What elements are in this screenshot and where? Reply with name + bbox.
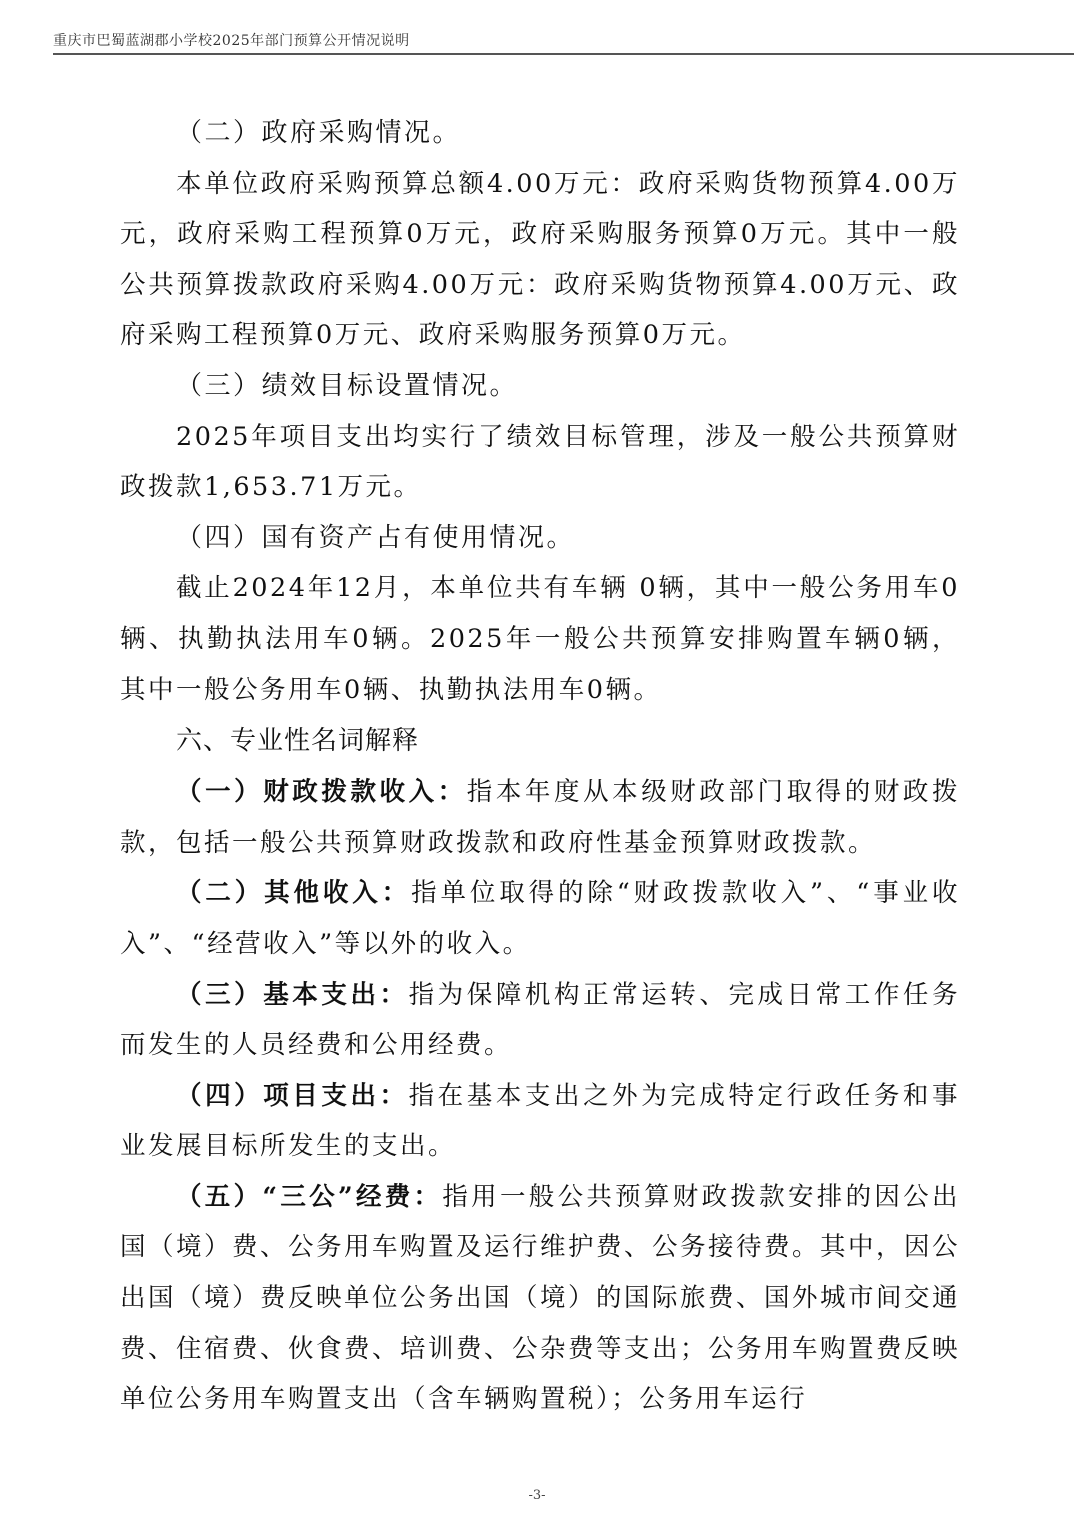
glossary-item: （三）基本支出：指为保障机构正常运转、完成日常工作任务而发生的人员经费和公用经费… [120, 970, 960, 1071]
glossary-definition: 指用一般公共预算财政拨款安排的因公出国（境）费、公务用车购置及运行维护费、公务接… [120, 1182, 960, 1414]
section-heading-assets: （四）国有资产占有使用情况。 [120, 513, 960, 564]
glossary-term: （四）项目支出： [176, 1081, 409, 1111]
glossary-item: （五）“三公”经费：指用一般公共预算财政拨款安排的因公出国（境）费、公务用车购置… [120, 1172, 960, 1425]
page-number: -3- [0, 1488, 1074, 1503]
paragraph-procurement: 本单位政府采购预算总额4.00万元：政府采购货物预算4.00万元，政府采购工程预… [120, 159, 960, 361]
document-header: 重庆市巴蜀蓝湖郡小学校2025年部门预算公开情况说明 [53, 30, 410, 50]
glossary-term: （一）财政拨款收入： [176, 777, 467, 807]
section-heading-performance: （三）绩效目标设置情况。 [120, 361, 960, 412]
glossary-item: （一）财政拨款收入：指本年度从本级财政部门取得的财政拨款，包括一般公共预算财政拨… [120, 767, 960, 868]
document-body: （二）政府采购情况。 本单位政府采购预算总额4.00万元：政府采购货物预算4.0… [120, 108, 960, 1425]
header-divider [53, 53, 1074, 55]
glossary-term: （五）“三公”经费： [176, 1182, 442, 1212]
section-heading-procurement: （二）政府采购情况。 [120, 108, 960, 159]
glossary-term: （三）基本支出： [176, 980, 409, 1010]
paragraph-performance: 2025年项目支出均实行了绩效目标管理，涉及一般公共预算财政拨款1,653.71… [120, 412, 960, 513]
section-heading-glossary: 六、专业性名词解释 [120, 715, 960, 767]
glossary-term: （二）其他收入： [176, 878, 411, 908]
glossary-item: （二）其他收入：指单位取得的除“财政拨款收入”、“事业收入”、“经营收入”等以外… [120, 868, 960, 969]
glossary-item: （四）项目支出：指在基本支出之外为完成特定行政任务和事业发展目标所发生的支出。 [120, 1071, 960, 1172]
paragraph-assets: 截止2024年12月，本单位共有车辆 0辆，其中一般公务用车0辆、执勤执法用车0… [120, 563, 960, 715]
